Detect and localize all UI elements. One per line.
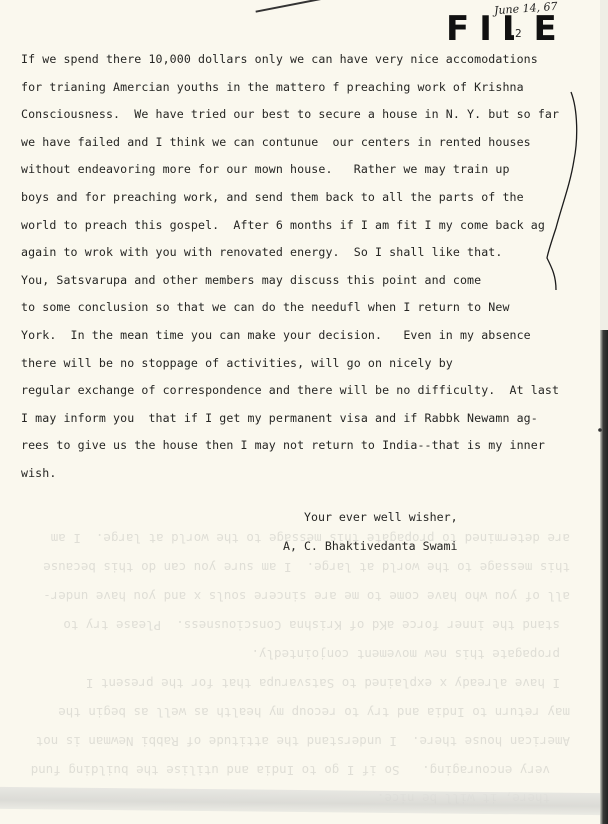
letter-line: You, Satsvarupa and other members may di… [21, 272, 591, 300]
letter-line: world to preach this gospel. After 6 mon… [21, 217, 591, 245]
page-number: 2 [514, 27, 523, 40]
closing-salutation: Your ever well wisher, [304, 510, 458, 524]
letter-line: there will be no stoppage of activities,… [21, 355, 591, 383]
letter-line: we have failed and I think we can contun… [21, 134, 591, 162]
page-edge-light [600, 0, 608, 330]
letter-line: boys and for preaching work, and send th… [21, 189, 591, 217]
letter-line: without endeavoring more for our mown ho… [21, 161, 591, 189]
letter-body: If we spend there 10,000 dollars only we… [21, 51, 591, 493]
letter-line: for trianing Amercian youths in the matt… [21, 79, 591, 107]
signature-name: A, C. Bhaktivedanta Swami [283, 539, 458, 553]
letter-line: regular exchange of correspondence and t… [21, 382, 591, 410]
letter-line: wish. [21, 465, 591, 493]
letter-line: Consciousness. We have tried our best to… [21, 106, 591, 134]
letter-line: If we spend there 10,000 dollars only we… [21, 51, 591, 79]
letter-line: to some conclusion so that we can do the… [21, 299, 591, 327]
letter-line: I may inform you that if I get my perman… [21, 410, 591, 438]
letter-line: rees to give us the house then I may not… [21, 437, 591, 465]
letter-line: again to wrok with you with renovated en… [21, 244, 591, 272]
letter-line: York. In the mean time you can make your… [21, 327, 591, 355]
file-stamp: FILE [446, 12, 567, 46]
